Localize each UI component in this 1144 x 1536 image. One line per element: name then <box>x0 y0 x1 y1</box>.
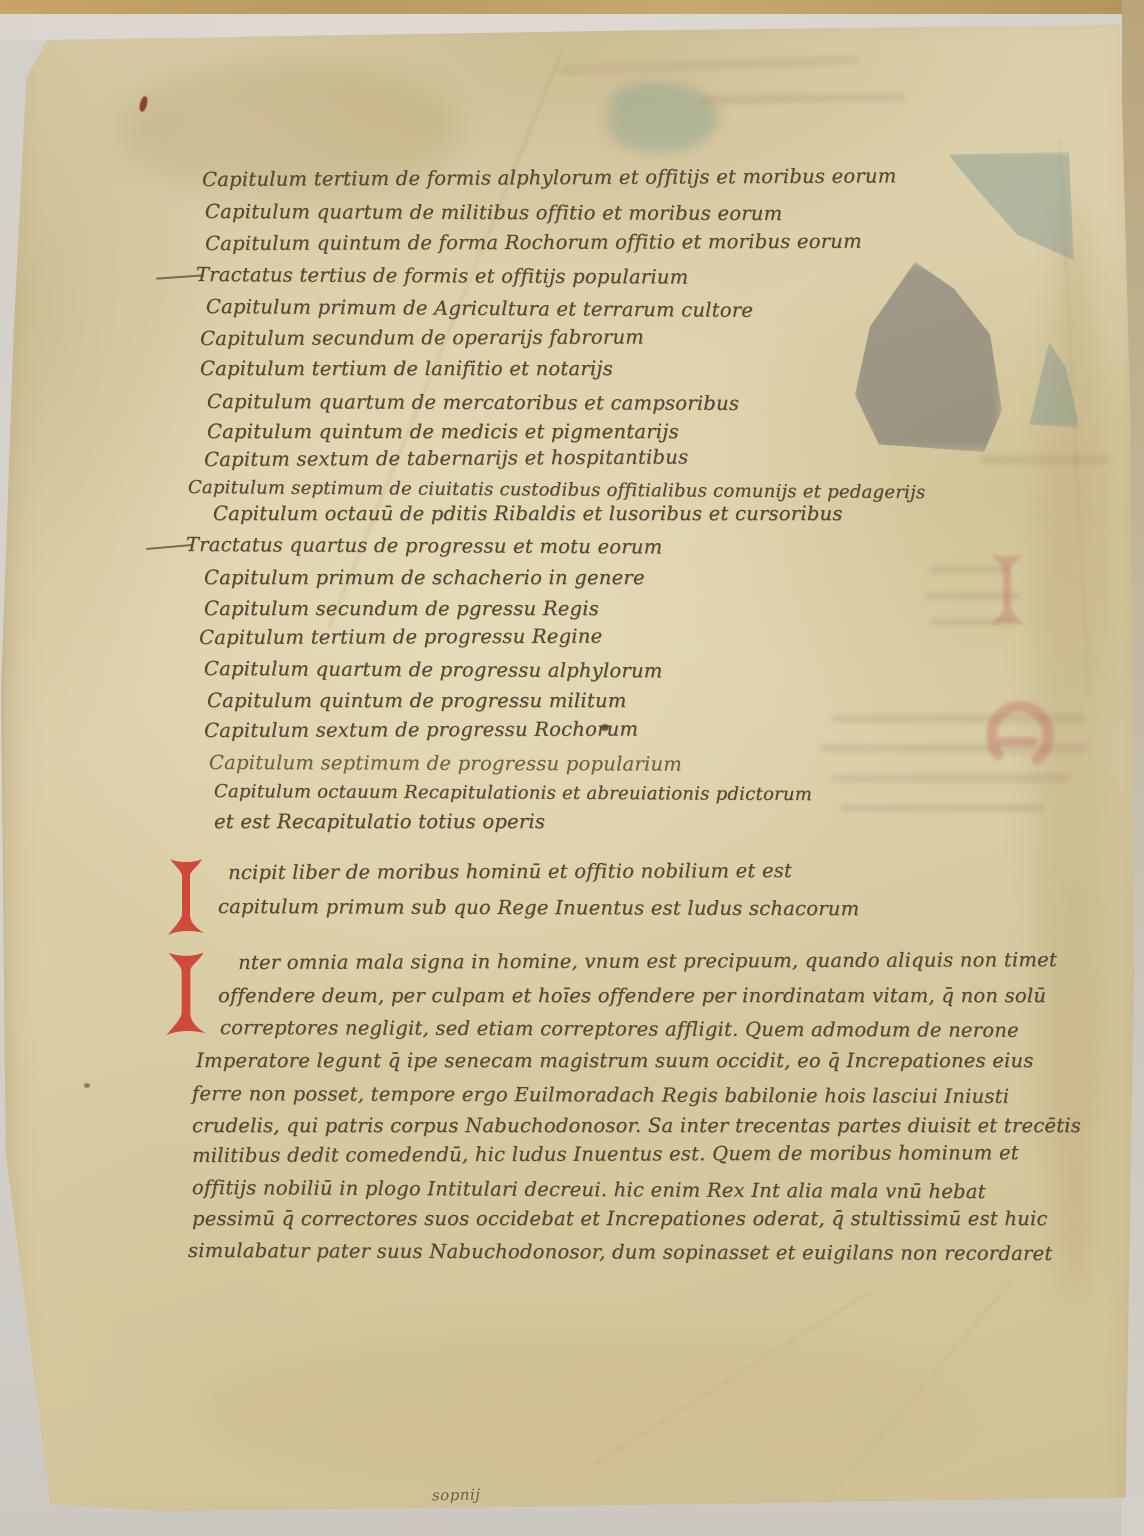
page-edge-shading <box>0 0 1144 1536</box>
parchment-page: Capitulum tertium de formis alphylorum e… <box>0 0 1144 1536</box>
manuscript-photo: Capitulum tertium de formis alphylorum e… <box>0 0 1144 1536</box>
